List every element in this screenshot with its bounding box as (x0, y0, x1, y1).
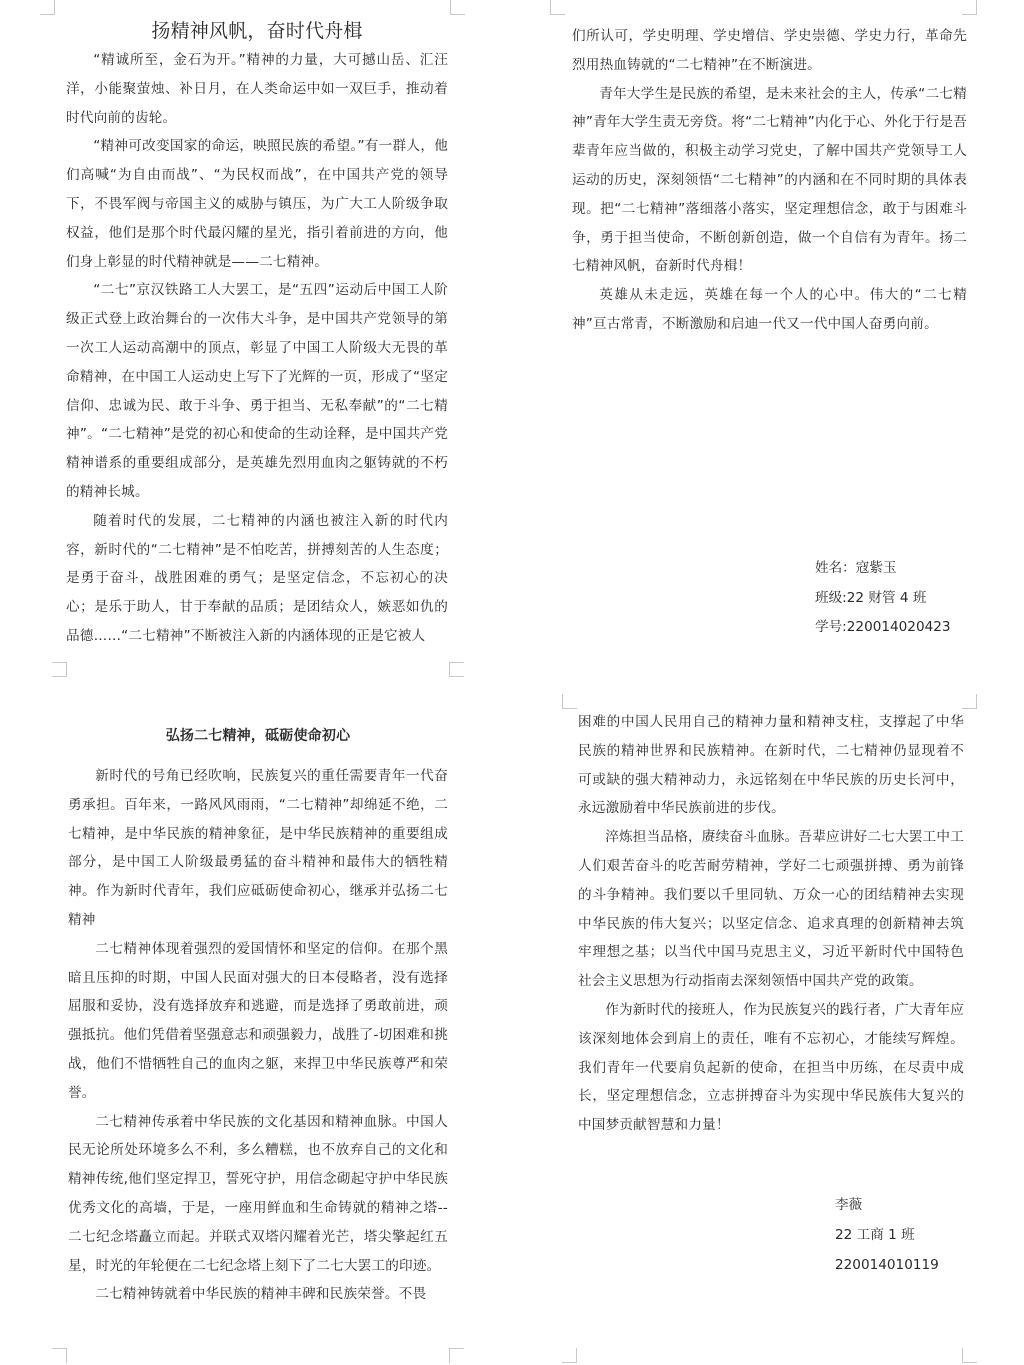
paragraph: 青年大学生是民族的希望，是未来社会的主人，传承“二七精神”青年大学生责无旁贷。将… (572, 80, 967, 282)
page-corner-mark (550, 0, 565, 15)
paragraph: 二七精神体现着强烈的爱国情怀和坚定的信仰。在那个黑暗且压抑的时期，中国人民面对强… (68, 935, 448, 1108)
page-corner-mark (40, 0, 55, 15)
paragraph: “精神可改变国家的命运，映照民族的希望。”有一群人，他们高喊“为自由而战”、“为… (66, 132, 448, 276)
paragraph: 困难的中国人民用自己的精神力量和精神支柱，支撑起了中华民族的精神世界和民族精神。… (578, 708, 964, 823)
page-corner-mark (562, 1348, 577, 1363)
paragraph: 二七精神传承着中华民族的文化基因和精神血脉。中国人民无论所处环境多么不利，多么糟… (68, 1108, 448, 1281)
page-corner-mark (962, 0, 977, 15)
author-name: 李薇 (835, 1190, 939, 1220)
page-corner-mark (562, 694, 577, 709)
paragraph: “精诚所至，金石为开。”精神的力量，大可撼山岳、汇汪洋，小能聚萤烛、补日月，在人… (66, 46, 448, 132)
essay-body: 困难的中国人民用自己的精神力量和精神支柱，支撑起了中华民族的精神世界和民族精神。… (578, 708, 964, 1140)
document-page-2: 们所认可，学史明理、学史增信、学史崇德、学史力行，革命先烈用热血铸就的“二七精神… (512, 0, 1024, 682)
paragraph: 们所认可，学史明理、学史增信、学史崇德、学史力行，革命先烈用热血铸就的“二七精神… (572, 22, 967, 80)
page-corner-mark (449, 662, 464, 677)
page-corner-mark (962, 694, 977, 709)
page-corner-mark (52, 662, 67, 677)
author-signature: 姓名：寇紫玉 班级:22 财管 4 班 学号:220014020423 (815, 554, 951, 643)
page-corner-mark (52, 1348, 67, 1363)
page-corner-mark (962, 1348, 977, 1363)
paragraph: 二七精神铸就着中华民族的精神丰碑和民族荣誉。不畏 (68, 1280, 448, 1309)
paragraph: “二七”京汉铁路工人大罢工，是“五四”运动后中国工人阶级正式登上政治舞台的一次伟… (66, 276, 448, 506)
page-corner-mark (450, 0, 465, 15)
author-class: 班级:22 财管 4 班 (815, 584, 951, 614)
document-page-1: 扬精神风帆，奋时代舟楫 “精诚所至，金石为开。”精神的力量，大可撼山岳、汇汪洋，… (0, 0, 512, 682)
document-page-4: 困难的中国人民用自己的精神力量和精神支柱，支撑起了中华民族的精神世界和民族精神。… (512, 682, 1024, 1365)
paragraph: 淬炼担当品格，赓续奋斗血脉。吾辈应讲好二七大罢工中工人们艰苦奋斗的吃苦耐劳精神，… (578, 823, 964, 996)
paragraph: 英雄从未走远，英雄在每一个人的心中。伟大的“二七精神”亘古常青，不断激励和启迪一… (572, 281, 967, 339)
essay-body: 扬精神风帆，奋时代舟楫 “精诚所至，金石为开。”精神的力量，大可撼山岳、汇汪洋，… (66, 16, 448, 651)
essay-body: 们所认可，学史明理、学史增信、学史崇德、学史力行，革命先烈用热血铸就的“二七精神… (572, 22, 967, 339)
author-class: 22 工商 1 班 (835, 1220, 939, 1250)
author-name: 姓名：寇紫玉 (815, 554, 951, 584)
paragraph: 作为新时代的接班人，作为民族复兴的践行者，广大青年应该深刻地体会到肩上的责任，唯… (578, 996, 964, 1140)
essay-title: 弘扬二七精神，砥砺使命初心 (68, 722, 448, 750)
document-page-3: 弘扬二七精神，砥砺使命初心 新时代的号角已经吹响，民族复兴的重任需要青年一代奋勇… (0, 682, 512, 1365)
essay-body: 弘扬二七精神，砥砺使命初心 新时代的号角已经吹响，民族复兴的重任需要青年一代奋勇… (68, 722, 448, 1309)
author-signature: 李薇 22 工商 1 班 220014010119 (835, 1190, 939, 1280)
essay-title: 扬精神风帆，奋时代舟楫 (66, 16, 448, 46)
page-corner-mark (449, 1348, 464, 1363)
author-student-id: 学号:220014020423 (815, 613, 951, 643)
author-student-id: 220014010119 (835, 1250, 939, 1280)
paragraph: 新时代的号角已经吹响，民族复兴的重任需要青年一代奋勇承担。百年来，一路风风雨雨，… (68, 762, 448, 935)
paragraph: 随着时代的发展，二七精神的内涵也被注入新的时代内容，新时代的“二七精神”是不怕吃… (66, 507, 448, 651)
